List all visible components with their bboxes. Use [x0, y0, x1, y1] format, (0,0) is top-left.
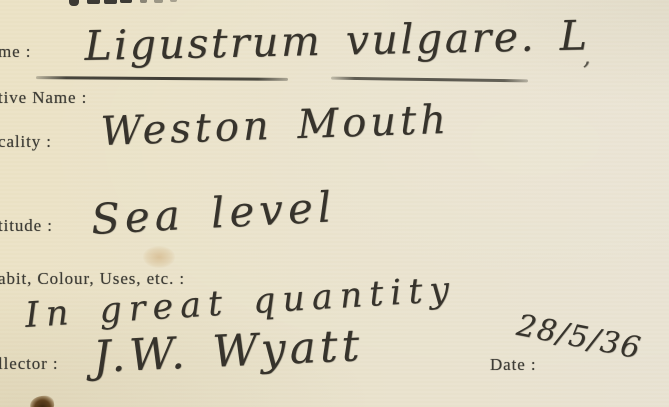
name-field-label: me : [0, 43, 31, 60]
ink-stain-spot [29, 394, 55, 407]
date-field-label: Date : [490, 356, 536, 373]
name-underline-left [36, 76, 288, 81]
heading-letter-fragment [120, 0, 132, 3]
collector-field-value: J.W. Wyatt [92, 324, 364, 380]
stray-comma-mark: , [583, 44, 591, 68]
heading-letter-fragment [154, 0, 163, 3]
native-name-field-label: tive Name : [0, 89, 87, 106]
name-field-value: Ligustrum vulgare. L [84, 15, 590, 67]
heading-letter-fragment [140, 0, 147, 3]
heading-letter-fragment [170, 0, 177, 2]
altitude-field-label: titude : [0, 217, 53, 234]
heading-letter-fragment [104, 0, 117, 4]
locality-field-value: Weston Mouth [100, 100, 451, 152]
document-scan: me : Ligustrum vulgare. L , tive Name : … [0, 0, 669, 407]
paper-stain-faint [143, 246, 175, 268]
habit-field-label: abit, Colour, Uses, etc. : [0, 270, 185, 287]
collector-field-label: llector : [0, 355, 59, 372]
heading-letter-fragment [87, 0, 100, 4]
altitude-field-value: Sea level [90, 186, 337, 241]
name-underline-right [331, 77, 528, 83]
heading-letter-fragment [69, 0, 79, 6]
locality-field-label: cality : [0, 133, 52, 150]
